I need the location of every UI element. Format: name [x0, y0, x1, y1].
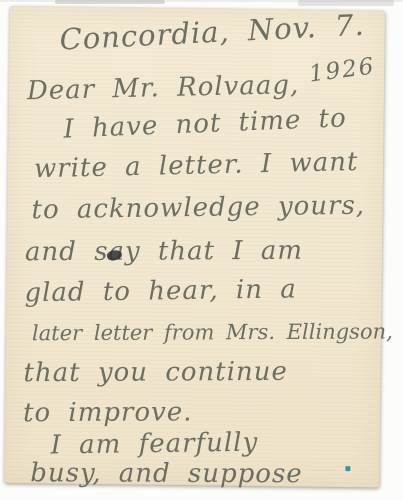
body-line-10: busy, and suppose [30, 458, 303, 489]
body-line-9: I am fearfully [50, 428, 258, 461]
scan-background: Concordia, Nov. 7. 1926 Dear Mr. Rolvaag… [0, 0, 403, 500]
date-year: 1926 [308, 53, 377, 87]
body-line-4: and say that I am [25, 236, 303, 267]
letter-paper: Concordia, Nov. 7. 1926 Dear Mr. Rolvaag… [4, 6, 385, 488]
teal-ink-speck [345, 466, 350, 471]
body-line-6: later letter from Mrs. Ellingson, [32, 319, 393, 345]
dateline: Concordia, Nov. 7. [59, 8, 366, 57]
scan-artifact [0, 0, 403, 2]
body-line-1: I have not time to [63, 103, 347, 144]
body-line-5: glad to hear, in a [24, 274, 297, 308]
body-line-7: that you continue [23, 357, 288, 388]
body-line-2: write a letter. I want [34, 147, 359, 184]
body-line-8: to improve. [23, 397, 193, 428]
salutation: Dear Mr. Rolvaag, [27, 70, 300, 106]
body-line-3: to acknowledge yours, [31, 191, 365, 226]
